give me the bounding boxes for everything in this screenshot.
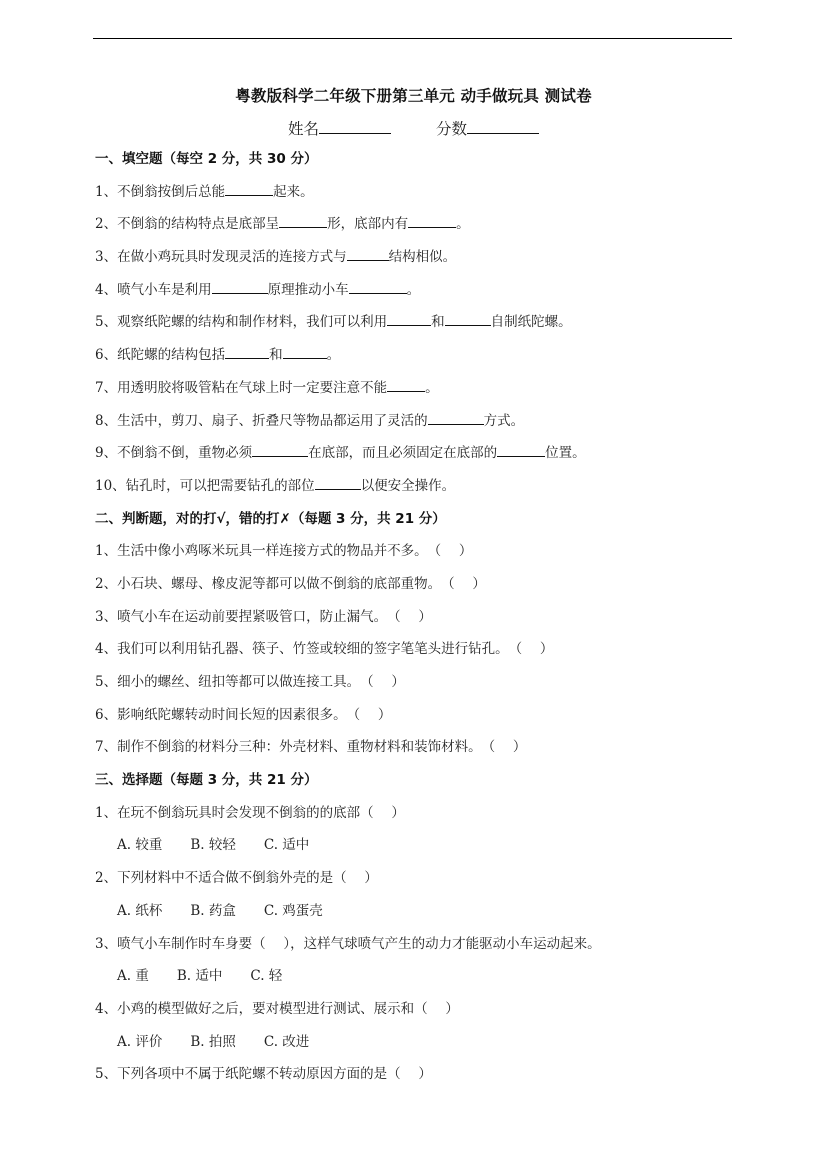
question-text: 位置。 [545, 445, 586, 461]
multiple-choice-question: 4、小鸡的模型做好之后，要对模型进行测试、展示和（ ） [95, 998, 745, 1031]
true-false-question: 1、生活中像小鸡啄米玩具一样连接方式的物品并不多。（ ） [95, 540, 745, 573]
choice-options: A. 重B. 适中C. 轻 [95, 965, 745, 998]
answer-parentheses[interactable]: （ ） [509, 638, 554, 660]
fill-blank-question: 3、在做小鸡玩具时发现灵活的连接方式与结构相似。 [95, 246, 745, 279]
answer-blank[interactable] [445, 311, 491, 326]
question-text: 1、生活中像小鸡啄米玩具一样连接方式的物品并不多。 [95, 543, 428, 559]
choice-option[interactable]: C. 改进 [264, 1031, 309, 1053]
name-blank[interactable] [319, 119, 391, 134]
question-text: 4、喷气小车是利用 [95, 282, 212, 298]
choice-option[interactable]: B. 药盒 [190, 900, 236, 922]
question-text: 7、制作不倒翁的材料分三种：外壳材料、重物材料和装饰材料。 [95, 739, 482, 755]
fill-blank-question: 1、不倒翁按倒后总能起来。 [95, 181, 745, 214]
section-heading-fill-blank: 一、填空题（每空 2 分，共 30 分） [95, 148, 745, 181]
multiple-choice-question: 3、喷气小车制作时车身要（ ），这样气球喷气产生的动力才能驱动小车运动起来。 [95, 933, 745, 966]
multiple-choice-list: 1、在玩不倒翁玩具时会发现不倒翁的的底部（ ）A. 较重B. 较轻C. 适中2、… [95, 802, 745, 1096]
fill-blank-question: 4、喷气小车是利用原理推动小车。 [95, 279, 745, 312]
true-false-question: 7、制作不倒翁的材料分三种：外壳材料、重物材料和装饰材料。（ ） [95, 736, 745, 769]
true-false-question: 4、我们可以利用钻孔器、筷子、竹签或较细的签字笔笔头进行钻孔。（ ） [95, 638, 745, 671]
question-text: 9、不倒翁不倒，重物必须 [95, 445, 252, 461]
question-text: 和 [269, 347, 283, 363]
name-label: 姓名 [288, 120, 319, 138]
fill-blank-question: 7、用透明胶将吸管粘在气球上时一定要注意不能。 [95, 377, 745, 410]
question-text: 2、小石块、螺母、橡皮泥等都可以做不倒翁的底部重物。 [95, 576, 441, 592]
score-field[interactable]: 分数 [436, 117, 539, 139]
true-false-list: 1、生活中像小鸡啄米玩具一样连接方式的物品并不多。（ ）2、小石块、螺母、橡皮泥… [95, 540, 745, 769]
multiple-choice-question: 1、在玩不倒翁玩具时会发现不倒翁的的底部（ ） [95, 802, 745, 835]
question-text: 。 [456, 216, 470, 232]
answer-blank[interactable] [428, 410, 484, 425]
choice-option[interactable]: A. 纸杯 [117, 900, 162, 922]
fill-blank-question: 5、观察纸陀螺的结构和制作材料，我们可以利用和自制纸陀螺。 [95, 311, 745, 344]
answer-parentheses[interactable]: （ ） [347, 704, 392, 726]
answer-blank[interactable] [252, 442, 308, 457]
answer-parentheses[interactable]: （ ） [360, 671, 405, 693]
score-blank[interactable] [467, 119, 539, 134]
question-text: 以便安全操作。 [361, 478, 456, 494]
multiple-choice-question: 2、下列材料中不适合做不倒翁外壳的是（ ） [95, 867, 745, 900]
answer-blank[interactable] [349, 279, 407, 294]
question-text: 原理推动小车 [268, 282, 349, 298]
fill-blank-question: 2、不倒翁的结构特点是底部呈形，底部内有。 [95, 213, 745, 246]
choice-option[interactable]: C. 鸡蛋壳 [264, 900, 323, 922]
score-label: 分数 [436, 120, 467, 138]
true-false-question: 2、小石块、螺母、橡皮泥等都可以做不倒翁的底部重物。（ ） [95, 573, 745, 606]
choice-options: A. 评价B. 拍照C. 改进 [95, 1031, 745, 1064]
answer-blank[interactable] [387, 377, 425, 392]
fill-blank-list: 1、不倒翁按倒后总能起来。2、不倒翁的结构特点是底部呈形，底部内有。3、在做小鸡… [95, 181, 745, 508]
choice-options: A. 较重B. 较轻C. 适中 [95, 834, 745, 867]
choice-option[interactable]: B. 较轻 [190, 834, 236, 856]
question-text: 7、用透明胶将吸管粘在气球上时一定要注意不能 [95, 380, 387, 396]
choice-option[interactable]: A. 重 [117, 965, 149, 987]
exam-content: 一、填空题（每空 2 分，共 30 分） 1、不倒翁按倒后总能起来。2、不倒翁的… [95, 148, 745, 1096]
answer-parentheses[interactable]: （ ） [482, 736, 527, 758]
question-text: 8、生活中，剪刀、扇子、折叠尺等物品都运用了灵活的 [95, 413, 428, 429]
choice-option[interactable]: A. 较重 [117, 834, 162, 856]
section-heading-true-false: 二、判断题，对的打√，错的打✗（每题 3 分，共 21 分） [95, 508, 745, 541]
answer-blank[interactable] [497, 442, 545, 457]
answer-blank[interactable] [225, 181, 273, 196]
question-text: 。 [327, 347, 341, 363]
answer-blank[interactable] [225, 344, 269, 359]
fill-blank-question: 9、不倒翁不倒，重物必须在底部，而且必须固定在底部的位置。 [95, 442, 745, 475]
answer-blank[interactable] [315, 475, 361, 490]
page-title: 粤教版科学二年级下册第三单元 动手做玩具 测试卷 [0, 84, 827, 106]
true-false-question: 5、细小的螺丝、纽扣等都可以做连接工具。（ ） [95, 671, 745, 704]
choice-option[interactable]: C. 适中 [264, 834, 309, 856]
multiple-choice-question: 5、下列各项中不属于纸陀螺不转动原因方面的是（ ） [95, 1063, 745, 1096]
choice-option[interactable]: B. 适中 [177, 965, 223, 987]
question-text: 5、观察纸陀螺的结构和制作材料，我们可以利用 [95, 314, 387, 330]
question-text: 在底部，而且必须固定在底部的 [308, 445, 497, 461]
answer-parentheses[interactable]: （ ） [441, 573, 486, 595]
choice-option[interactable]: B. 拍照 [190, 1031, 236, 1053]
choice-options: A. 纸杯B. 药盒C. 鸡蛋壳 [95, 900, 745, 933]
fill-blank-question: 6、纸陀螺的结构包括和。 [95, 344, 745, 377]
true-false-question: 3、喷气小车在运动前要捏紧吸管口，防止漏气。（ ） [95, 606, 745, 639]
question-text: 起来。 [273, 184, 314, 200]
header-rule [93, 38, 732, 39]
fill-blank-question: 8、生活中，剪刀、扇子、折叠尺等物品都运用了灵活的方式。 [95, 410, 745, 443]
question-text: 形，底部内有 [327, 216, 408, 232]
true-false-question: 6、影响纸陀螺转动时间长短的因素很多。（ ） [95, 704, 745, 737]
question-text: 自制纸陀螺。 [491, 314, 572, 330]
name-field[interactable]: 姓名 [288, 117, 391, 139]
question-text: 。 [425, 380, 439, 396]
answer-blank[interactable] [212, 279, 268, 294]
fill-blank-question: 10、钻孔时，可以把需要钻孔的部位以便安全操作。 [95, 475, 745, 508]
question-text: 10、钻孔时，可以把需要钻孔的部位 [95, 478, 315, 494]
answer-blank[interactable] [347, 246, 389, 261]
question-text: 6、影响纸陀螺转动时间长短的因素很多。 [95, 707, 347, 723]
answer-parentheses[interactable]: （ ） [387, 606, 432, 628]
question-text: 3、在做小鸡玩具时发现灵活的连接方式与 [95, 249, 347, 265]
answer-blank[interactable] [387, 311, 431, 326]
answer-blank[interactable] [408, 213, 456, 228]
question-text: 结构相似。 [389, 249, 457, 265]
answer-parentheses[interactable]: （ ） [428, 540, 473, 562]
question-text: 4、我们可以利用钻孔器、筷子、竹签或较细的签字笔笔头进行钻孔。 [95, 641, 509, 657]
question-text: 和 [431, 314, 445, 330]
answer-blank[interactable] [283, 344, 327, 359]
name-score-row: 姓名 分数 [0, 117, 827, 139]
question-text: 6、纸陀螺的结构包括 [95, 347, 225, 363]
question-text: 方式。 [484, 413, 525, 429]
question-text: 2、不倒翁的结构特点是底部呈 [95, 216, 279, 232]
question-text: 。 [407, 282, 421, 298]
question-text: 5、细小的螺丝、纽扣等都可以做连接工具。 [95, 674, 360, 690]
answer-blank[interactable] [279, 213, 327, 228]
choice-option[interactable]: A. 评价 [117, 1031, 162, 1053]
question-text: 3、喷气小车在运动前要捏紧吸管口，防止漏气。 [95, 609, 387, 625]
choice-option[interactable]: C. 轻 [250, 965, 282, 987]
section-heading-multiple-choice: 三、选择题（每题 3 分，共 21 分） [95, 769, 745, 802]
question-text: 1、不倒翁按倒后总能 [95, 184, 225, 200]
